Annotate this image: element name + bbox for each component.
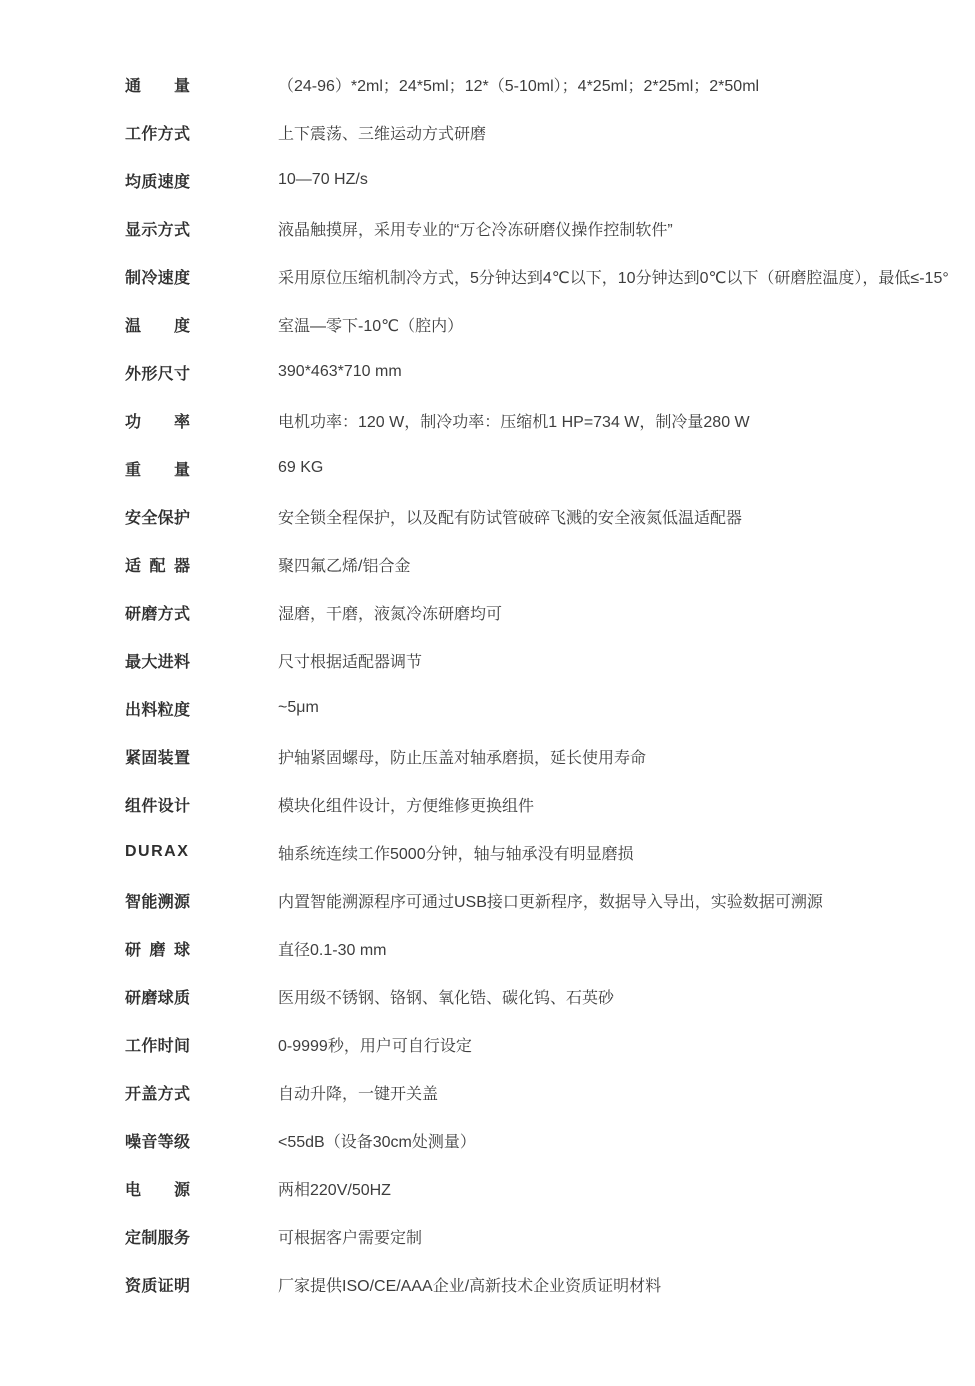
spec-row: 研磨方式 湿磨，干磨，液氮冷冻研磨均可	[125, 588, 935, 636]
spec-value: <55dB（设备30cm处测量）	[278, 1129, 476, 1152]
spec-row: 均质速度 10—70 HZ/s	[125, 156, 935, 204]
spec-label: 适配器	[125, 553, 190, 576]
spec-label: 重量	[125, 457, 190, 480]
spec-label: 制冷速度	[125, 265, 190, 288]
spec-row: 组件设计 模块化组件设计，方便维修更换组件	[125, 780, 935, 828]
spec-label: 紧固装置	[125, 745, 190, 768]
spec-row: 开盖方式 自动升降，一键开关盖	[125, 1068, 935, 1116]
spec-row: 研磨球质 医用级不锈钢、铬钢、氧化锆、碳化钨、石英砂	[125, 972, 935, 1020]
spec-label: 资质证明	[125, 1273, 190, 1296]
spec-row: 适配器 聚四氟乙烯/铝合金	[125, 540, 935, 588]
spec-row: 噪音等级 <55dB（设备30cm处测量）	[125, 1116, 935, 1164]
spec-row: 工作方式 上下震荡、三维运动方式研磨	[125, 108, 935, 156]
spec-row: 制冷速度 采用原位压缩机制冷方式，5分钟达到4℃以下，10分钟达到0℃以下（研磨…	[125, 252, 935, 300]
spec-value: 390*463*710 mm	[278, 363, 402, 381]
spec-row: 最大进料 尺寸根据适配器调节	[125, 636, 935, 684]
spec-row: DURAX 轴系统连续工作5000分钟，轴与轴承没有明显磨损	[125, 828, 935, 876]
spec-value: ~5μm	[278, 699, 319, 717]
spec-value: 轴系统连续工作5000分钟，轴与轴承没有明显磨损	[278, 841, 634, 864]
spec-value: 两相220V/50HZ	[278, 1177, 391, 1200]
spec-row: 出料粒度 ~5μm	[125, 684, 935, 732]
spec-value: 上下震荡、三维运动方式研磨	[278, 121, 486, 144]
spec-value: 可根据客户需要定制	[278, 1225, 422, 1248]
spec-label: 均质速度	[125, 169, 190, 192]
spec-label: 温度	[125, 313, 190, 336]
spec-label: 研磨球质	[125, 985, 190, 1008]
spec-label: 研磨球	[125, 937, 190, 960]
spec-label: 通量	[125, 73, 190, 96]
spec-value: 内置智能溯源程序可通过USB接口更新程序，数据导入导出，实验数据可溯源	[278, 889, 823, 912]
spec-row: 温度 室温—零下-10℃（腔内）	[125, 300, 935, 348]
spec-row: 电源 两相220V/50HZ	[125, 1164, 935, 1212]
spec-row: 安全保护 安全锁全程保护，以及配有防试管破碎飞溅的安全液氮低温适配器	[125, 492, 935, 540]
spec-row: 智能溯源 内置智能溯源程序可通过USB接口更新程序，数据导入导出，实验数据可溯源	[125, 876, 935, 924]
spec-row: 资质证明 厂家提供ISO/CE/AAA企业/高新技术企业资质证明材料	[125, 1260, 935, 1308]
spec-row: 工作时间 0-9999秒，用户可自行设定	[125, 1020, 935, 1068]
spec-label: 显示方式	[125, 217, 190, 240]
spec-value: 采用原位压缩机制冷方式，5分钟达到4℃以下，10分钟达到0℃以下（研磨腔温度），…	[278, 265, 949, 288]
spec-value: 聚四氟乙烯/铝合金	[278, 553, 410, 576]
spec-label: 功率	[125, 409, 190, 432]
spec-label: 定制服务	[125, 1225, 190, 1248]
spec-label: 组件设计	[125, 793, 190, 816]
spec-label: 外形尺寸	[125, 361, 190, 384]
spec-value: 室温—零下-10℃（腔内）	[278, 313, 463, 336]
spec-value: 厂家提供ISO/CE/AAA企业/高新技术企业资质证明材料	[278, 1273, 661, 1296]
spec-row: 定制服务 可根据客户需要定制	[125, 1212, 935, 1260]
spec-row: 显示方式 液晶触摸屏，采用专业的“万仑冷冻研磨仪操作控制软件”	[125, 204, 935, 252]
spec-label: 开盖方式	[125, 1081, 190, 1104]
spec-row: 研磨球 直径0.1-30 mm	[125, 924, 935, 972]
spec-row: 紧固装置 护轴紧固螺母，防止压盖对轴承磨损，延长使用寿命	[125, 732, 935, 780]
spec-label: 安全保护	[125, 505, 190, 528]
spec-value: 医用级不锈钢、铬钢、氧化锆、碳化钨、石英砂	[278, 985, 614, 1008]
spec-label: 噪音等级	[125, 1129, 190, 1152]
spec-label: DURAX	[125, 843, 190, 861]
spec-table: 通量 （24-96）*2ml；24*5ml；12*（5-10ml）；4*25ml…	[0, 0, 975, 1308]
spec-label: 最大进料	[125, 649, 190, 672]
spec-label: 电源	[125, 1177, 190, 1200]
spec-value: 护轴紧固螺母，防止压盖对轴承磨损，延长使用寿命	[278, 745, 646, 768]
spec-value: 安全锁全程保护，以及配有防试管破碎飞溅的安全液氮低温适配器	[278, 505, 742, 528]
spec-label: 出料粒度	[125, 697, 190, 720]
spec-label: 研磨方式	[125, 601, 190, 624]
spec-value: 模块化组件设计，方便维修更换组件	[278, 793, 534, 816]
spec-label: 工作时间	[125, 1033, 190, 1056]
spec-row: 重量 69 KG	[125, 444, 935, 492]
spec-value: 电机功率：120 W，制冷功率：压缩机1 HP=734 W，制冷量280 W	[278, 409, 750, 432]
spec-value: 尺寸根据适配器调节	[278, 649, 422, 672]
spec-value: 0-9999秒，用户可自行设定	[278, 1033, 472, 1056]
spec-row: 功率 电机功率：120 W，制冷功率：压缩机1 HP=734 W，制冷量280 …	[125, 396, 935, 444]
spec-label: 智能溯源	[125, 889, 190, 912]
spec-value: 10—70 HZ/s	[278, 171, 368, 189]
spec-value: 液晶触摸屏，采用专业的“万仑冷冻研磨仪操作控制软件”	[278, 217, 673, 240]
spec-row: 通量 （24-96）*2ml；24*5ml；12*（5-10ml）；4*25ml…	[125, 60, 935, 108]
spec-value: 湿磨，干磨，液氮冷冻研磨均可	[278, 601, 502, 624]
spec-value: 直径0.1-30 mm	[278, 937, 386, 960]
spec-value: （24-96）*2ml；24*5ml；12*（5-10ml）；4*25ml；2*…	[278, 73, 759, 96]
spec-value: 自动升降，一键开关盖	[278, 1081, 438, 1104]
spec-row: 外形尺寸 390*463*710 mm	[125, 348, 935, 396]
spec-label: 工作方式	[125, 121, 190, 144]
spec-value: 69 KG	[278, 459, 323, 477]
